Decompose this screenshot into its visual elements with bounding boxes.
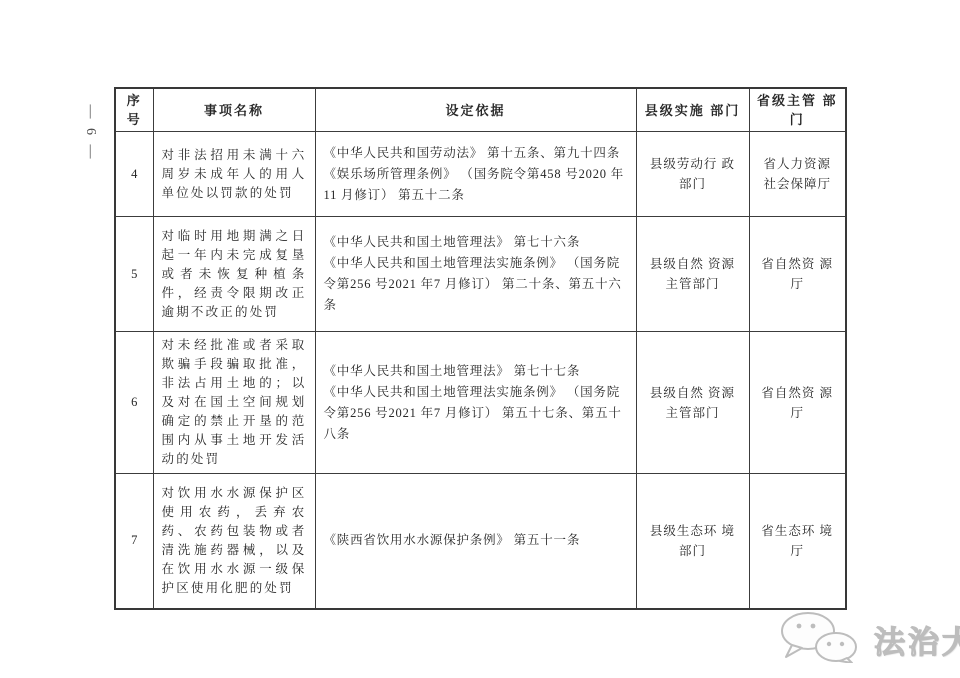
header-legal-basis: 设定依据	[315, 88, 636, 132]
row-serial-number: 4	[115, 132, 153, 217]
row-serial-number: 7	[115, 474, 153, 609]
watermark: 法治大荔	[779, 611, 960, 668]
regulation-table: 序号 事项名称 设定依据 县级实施 部门 省级主管 部门 4 对非法招用未满十六…	[114, 87, 847, 610]
wechat-icon	[779, 611, 861, 668]
row-serial-number: 5	[115, 217, 153, 332]
county-dept-line: 县级劳动行 政部门	[645, 154, 741, 194]
province-dept-line: 省生态环 境厅	[758, 521, 838, 561]
table-header-row: 序号 事项名称 设定依据 县级实施 部门 省级主管 部门	[115, 88, 846, 132]
legal-basis-cell: 《中华人民共和国土地管理法》 第七十七条 《中华人民共和国土地管理法实施条例》 …	[315, 332, 636, 474]
watermark-label: 法治大荔	[874, 617, 960, 662]
legal-basis-line: 《中华人民共和国土地管理法》 第七十七条	[324, 361, 628, 382]
page-number: — 6 —	[82, 105, 98, 162]
legal-basis-line: 《中华人民共和国土地管理法实施条例》 （国务院令第256 号2021 年7 月修…	[324, 253, 628, 316]
legal-basis-line: 《中华人民共和国劳动法》 第十五条、第九十四条	[324, 143, 628, 164]
county-dept-cell: 县级自然 资源 主管部门	[636, 332, 749, 474]
legal-basis-cell: 《中华人民共和国土地管理法》 第七十六条 《中华人民共和国土地管理法实施条例》 …	[315, 217, 636, 332]
table-row: 7 对饮用水水源保护区使用农药，丢弃农药、农药包装物或者清洗施药器械，以及在饮用…	[115, 474, 846, 609]
item-name-cell: 对饮用水水源保护区使用农药，丢弃农药、农药包装物或者清洗施药器械，以及在饮用水水…	[153, 474, 315, 609]
county-dept-line: 县级自然 资源	[645, 383, 741, 403]
legal-basis-cell: 《陕西省饮用水水源保护条例》 第五十一条	[315, 474, 636, 609]
item-name-cell: 对未经批准或者采取欺骗手段骗取批准，非法占用土地的；以及对在国土空间规划确定的禁…	[153, 332, 315, 474]
legal-basis-line: 《陕西省饮用水水源保护条例》 第五十一条	[324, 530, 628, 551]
county-dept-cell: 县级自然 资源 主管部门	[636, 217, 749, 332]
table-row: 5 对临时用地期满之日起一年内未完成复垦或者未恢复种植条件，经责令限期改正逾期不…	[115, 217, 846, 332]
item-name-cell: 对非法招用未满十六周岁未成年人的用人单位处以罚款的处罚	[153, 132, 315, 217]
legal-basis-line: 《中华人民共和国土地管理法实施条例》 （国务院令第256 号2021 年7 月修…	[324, 382, 628, 445]
county-dept-cell: 县级劳动行 政部门	[636, 132, 749, 217]
province-dept-line: 省自然资 源厅	[758, 254, 838, 294]
item-name-cell: 对临时用地期满之日起一年内未完成复垦或者未恢复种植条件，经责令限期改正逾期不改正…	[153, 217, 315, 332]
header-county-dept: 县级实施 部门	[636, 88, 749, 132]
province-dept-line: 省自然资 源厅	[758, 383, 838, 423]
header-item-name: 事项名称	[153, 88, 315, 132]
province-dept-line: 社会保障厅	[758, 174, 838, 194]
province-dept-line: 省人力资源	[758, 154, 838, 174]
table-row: 4 对非法招用未满十六周岁未成年人的用人单位处以罚款的处罚 《中华人民共和国劳动…	[115, 132, 846, 217]
county-dept-line: 县级生态环 境部门	[645, 521, 741, 561]
county-dept-line: 主管部门	[645, 274, 741, 294]
legal-basis-line: 《娱乐场所管理条例》 （国务院令第458 号2020 年11 月修订） 第五十二…	[324, 164, 628, 206]
province-dept-cell: 省自然资 源厅	[749, 332, 846, 474]
legal-basis-cell: 《中华人民共和国劳动法》 第十五条、第九十四条 《娱乐场所管理条例》 （国务院令…	[315, 132, 636, 217]
county-dept-line: 主管部门	[645, 403, 741, 423]
province-dept-cell: 省生态环 境厅	[749, 474, 846, 609]
table-row: 6 对未经批准或者采取欺骗手段骗取批准，非法占用土地的；以及对在国土空间规划确定…	[115, 332, 846, 474]
header-province-dept: 省级主管 部门	[749, 88, 846, 132]
province-dept-cell: 省人力资源 社会保障厅	[749, 132, 846, 217]
row-serial-number: 6	[115, 332, 153, 474]
province-dept-cell: 省自然资 源厅	[749, 217, 846, 332]
legal-basis-line: 《中华人民共和国土地管理法》 第七十六条	[324, 232, 628, 253]
header-serial-number: 序号	[115, 88, 153, 132]
county-dept-cell: 县级生态环 境部门	[636, 474, 749, 609]
county-dept-line: 县级自然 资源	[645, 254, 741, 274]
